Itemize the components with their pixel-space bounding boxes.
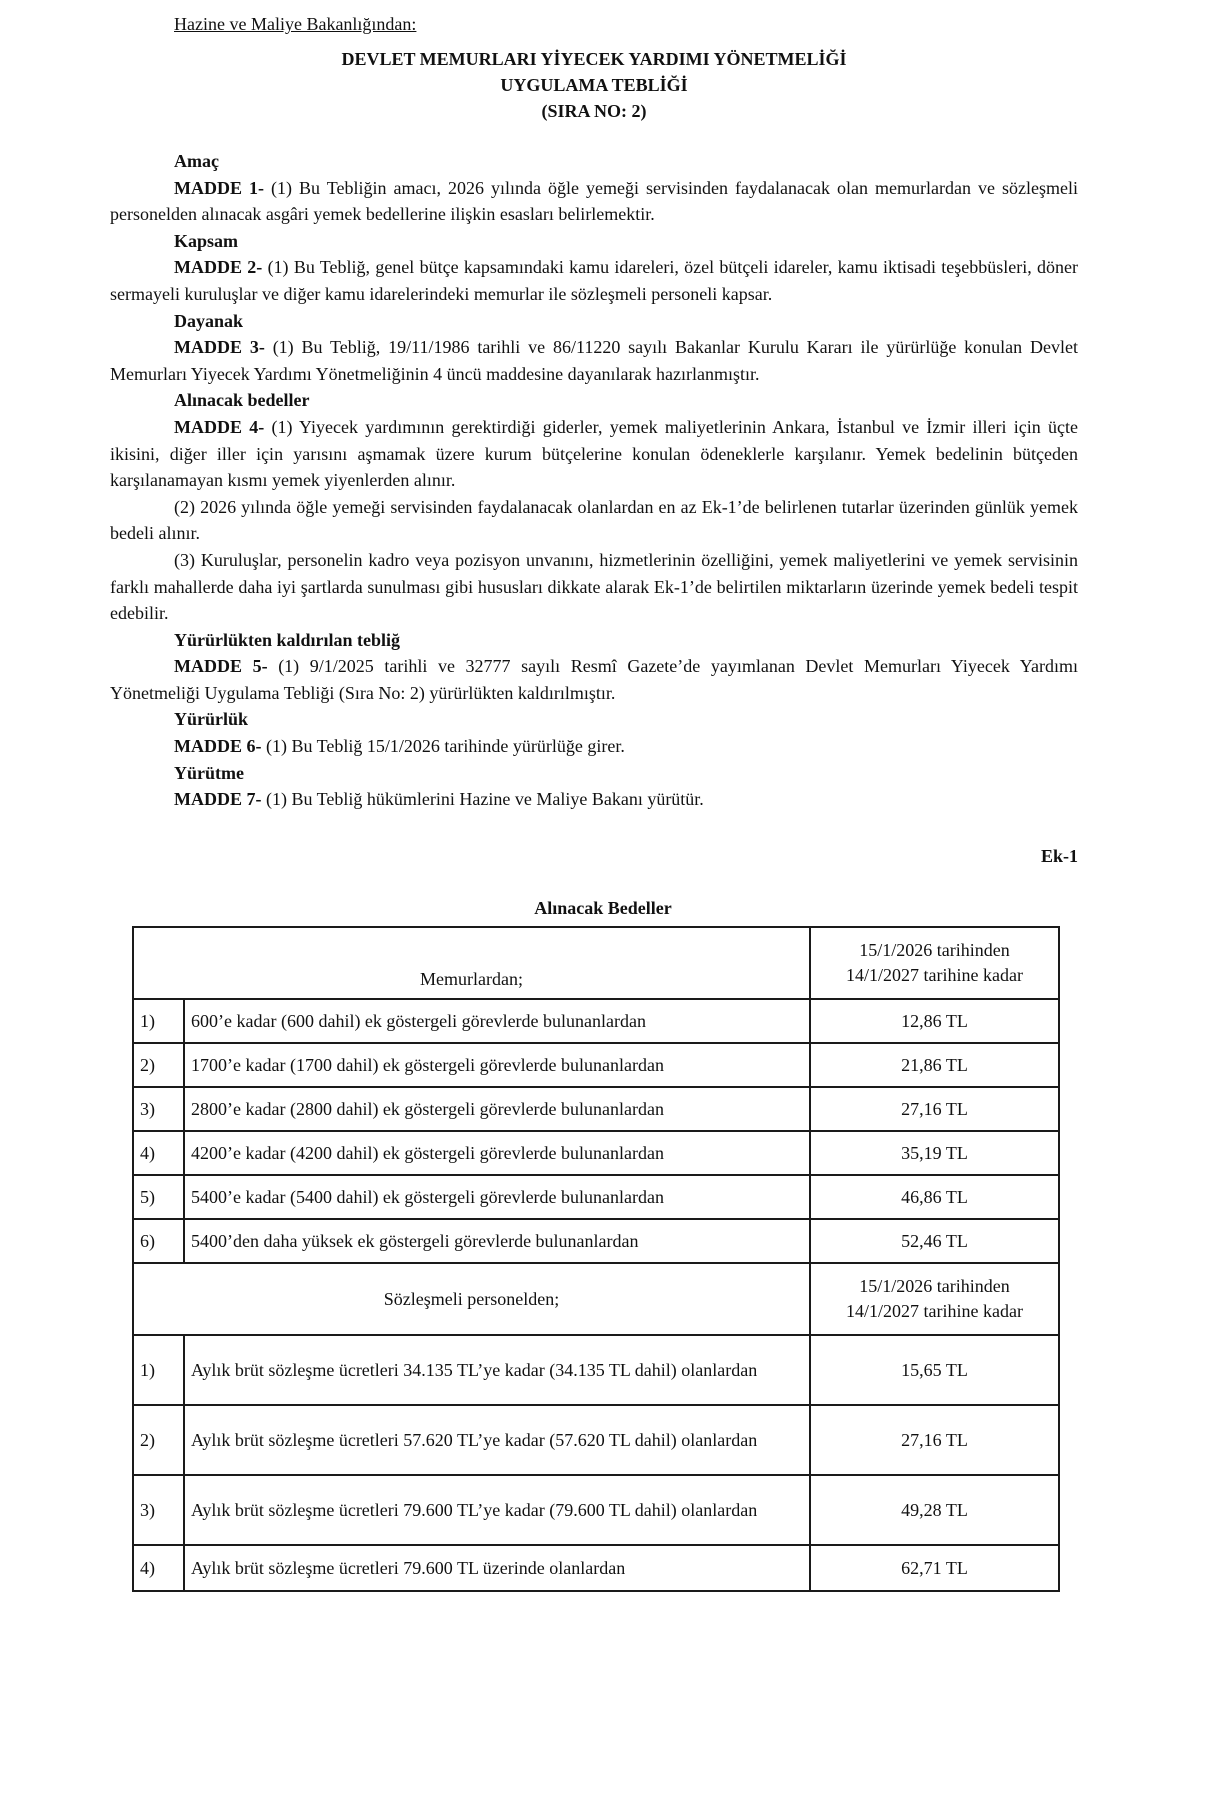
annex-table-title: Alınacak Bedeller xyxy=(0,897,1206,919)
article-number: MADDE 7- xyxy=(174,789,262,809)
article-text: (3) Kuruluşlar, personelin kadro veya po… xyxy=(110,550,1078,623)
row-description: 2800’e kadar (2800 dahil) ek göstergeli … xyxy=(184,1087,810,1131)
row-number: 2) xyxy=(133,1043,184,1087)
row-description: 5400’e kadar (5400 dahil) ek göstergeli … xyxy=(184,1175,810,1219)
article-heading: Alınacak bedeller xyxy=(110,387,1078,414)
article-number: MADDE 6- xyxy=(174,736,262,756)
row-fee-value: 15,65 TL xyxy=(810,1335,1059,1405)
table-row: 2)Aylık brüt sözleşme ücretleri 57.620 T… xyxy=(133,1405,1059,1475)
article-paragraph: (2) 2026 yılında öğle yemeği servisinden… xyxy=(110,494,1078,547)
articles-body: AmaçMADDE 1- (1) Bu Tebliğin amacı, 2026… xyxy=(110,148,1078,813)
row-description: Aylık brüt sözleşme ücretleri 34.135 TL’… xyxy=(184,1335,810,1405)
row-fee-value: 62,71 TL xyxy=(810,1545,1059,1591)
table-row: 6)5400’den daha yüksek ek göstergeli gör… xyxy=(133,1219,1059,1263)
article-paragraph: MADDE 3- (1) Bu Tebliğ, 19/11/1986 tarih… xyxy=(110,334,1078,387)
row-description: Aylık brüt sözleşme ücretleri 79.600 TL’… xyxy=(184,1475,810,1545)
row-number: 6) xyxy=(133,1219,184,1263)
row-number: 1) xyxy=(133,999,184,1043)
row-number: 3) xyxy=(133,1475,184,1545)
article-number: MADDE 1- xyxy=(174,178,264,198)
article-paragraph: MADDE 4- (1) Yiyecek yardımının gerektir… xyxy=(110,414,1078,494)
row-fee-value: 46,86 TL xyxy=(810,1175,1059,1219)
row-number: 5) xyxy=(133,1175,184,1219)
period-header: 15/1/2026 tarihinden14/1/2027 tarihine k… xyxy=(810,927,1059,999)
table-row: 1)Aylık brüt sözleşme ücretleri 34.135 T… xyxy=(133,1335,1059,1405)
row-description: 5400’den daha yüksek ek göstergeli görev… xyxy=(184,1219,810,1263)
article-heading: Yürütme xyxy=(110,760,1078,787)
row-number: 1) xyxy=(133,1335,184,1405)
article-heading: Yürürlükten kaldırılan tebliğ xyxy=(110,627,1078,654)
row-number: 3) xyxy=(133,1087,184,1131)
row-description: 4200’e kadar (4200 dahil) ek göstergeli … xyxy=(184,1131,810,1175)
period-end: 14/1/2027 tarihine kadar xyxy=(817,1299,1052,1324)
article-text: (1) Bu Tebliğ hükümlerini Hazine ve Mali… xyxy=(262,789,704,809)
article-text: (2) 2026 yılında öğle yemeği servisinden… xyxy=(110,497,1078,544)
row-fee-value: 27,16 TL xyxy=(810,1405,1059,1475)
article-paragraph: MADDE 2- (1) Bu Tebliğ, genel bütçe kaps… xyxy=(110,254,1078,307)
row-fee-value: 21,86 TL xyxy=(810,1043,1059,1087)
section-label: Sözleşmeli personelden; xyxy=(133,1263,810,1335)
article-number: MADDE 5- xyxy=(174,656,268,676)
row-fee-value: 12,86 TL xyxy=(810,999,1059,1043)
article-paragraph: MADDE 1- (1) Bu Tebliğin amacı, 2026 yıl… xyxy=(110,175,1078,228)
table-section-header: Memurlardan;15/1/2026 tarihinden14/1/202… xyxy=(133,927,1059,999)
row-fee-value: 27,16 TL xyxy=(810,1087,1059,1131)
table-row: 1)600’e kadar (600 dahil) ek göstergeli … xyxy=(133,999,1059,1043)
fees-table: Memurlardan;15/1/2026 tarihinden14/1/202… xyxy=(132,926,1060,1592)
table-row: 4)Aylık brüt sözleşme ücretleri 79.600 T… xyxy=(133,1545,1059,1591)
row-description: 600’e kadar (600 dahil) ek göstergeli gö… xyxy=(184,999,810,1043)
article-heading: Kapsam xyxy=(110,228,1078,255)
document-title-line-2: UYGULAMA TEBLİĞİ xyxy=(110,74,1078,96)
annex-label: Ek-1 xyxy=(1041,845,1078,867)
issuing-ministry: Hazine ve Maliye Bakanlığından: xyxy=(174,13,416,35)
row-description: Aylık brüt sözleşme ücretleri 57.620 TL’… xyxy=(184,1405,810,1475)
article-number: MADDE 4- xyxy=(174,417,264,437)
article-number: MADDE 2- xyxy=(174,257,262,277)
article-number: MADDE 3- xyxy=(174,337,265,357)
document-title-line-1: DEVLET MEMURLARI YİYECEK YARDIMI YÖNETME… xyxy=(110,48,1078,70)
period-start: 15/1/2026 tarihinden xyxy=(817,1274,1052,1299)
table-row: 3)Aylık brüt sözleşme ücretleri 79.600 T… xyxy=(133,1475,1059,1545)
row-description: Aylık brüt sözleşme ücretleri 79.600 TL … xyxy=(184,1545,810,1591)
period-end: 14/1/2027 tarihine kadar xyxy=(817,963,1052,988)
article-paragraph: (3) Kuruluşlar, personelin kadro veya po… xyxy=(110,547,1078,627)
article-paragraph: MADDE 5- (1) 9/1/2025 tarihli ve 32777 s… xyxy=(110,653,1078,706)
document-title-line-3: (SIRA NO: 2) xyxy=(110,100,1078,122)
article-heading: Amaç xyxy=(110,148,1078,175)
row-number: 2) xyxy=(133,1405,184,1475)
period-header: 15/1/2026 tarihinden14/1/2027 tarihine k… xyxy=(810,1263,1059,1335)
section-label: Memurlardan; xyxy=(133,927,810,999)
period-start: 15/1/2026 tarihinden xyxy=(817,938,1052,963)
row-description: 1700’e kadar (1700 dahil) ek göstergeli … xyxy=(184,1043,810,1087)
table-row: 3)2800’e kadar (2800 dahil) ek göstergel… xyxy=(133,1087,1059,1131)
article-heading: Yürürlük xyxy=(110,706,1078,733)
table-row: 4)4200’e kadar (4200 dahil) ek göstergel… xyxy=(133,1131,1059,1175)
row-fee-value: 35,19 TL xyxy=(810,1131,1059,1175)
article-paragraph: MADDE 7- (1) Bu Tebliğ hükümlerini Hazin… xyxy=(110,786,1078,813)
article-heading: Dayanak xyxy=(110,308,1078,335)
table-row: 2)1700’e kadar (1700 dahil) ek göstergel… xyxy=(133,1043,1059,1087)
row-number: 4) xyxy=(133,1545,184,1591)
row-number: 4) xyxy=(133,1131,184,1175)
row-fee-value: 49,28 TL xyxy=(810,1475,1059,1545)
article-paragraph: MADDE 6- (1) Bu Tebliğ 15/1/2026 tarihin… xyxy=(110,733,1078,760)
row-fee-value: 52,46 TL xyxy=(810,1219,1059,1263)
table-row: 5)5400’e kadar (5400 dahil) ek göstergel… xyxy=(133,1175,1059,1219)
article-text: (1) Bu Tebliğ 15/1/2026 tarihinde yürürl… xyxy=(262,736,625,756)
table-section-header: Sözleşmeli personelden;15/1/2026 tarihin… xyxy=(133,1263,1059,1335)
